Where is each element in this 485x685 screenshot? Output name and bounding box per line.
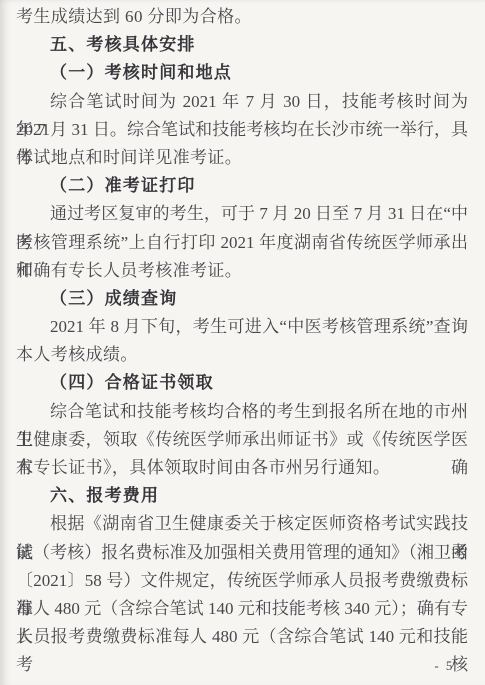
paragraph-first-line: 综合笔试和技能考核均合格的考生到报名所在地的市州卫: [16, 398, 468, 426]
section-heading: 六、报考费用: [16, 482, 468, 510]
paragraph-line: 考核管理系统”上自行打印 2021 年度湖南省传统医学师承出师: [16, 229, 468, 257]
subsection-heading: （四）合格证书领取: [16, 369, 468, 397]
subsection-heading: （二）准考证打印: [16, 172, 468, 200]
scanned-document-page: 考生成绩达到 60 分即为合格。五、考核具体安排（一）考核时间和地点综合笔试时间…: [0, 0, 485, 685]
paragraph-first-line: 通过考区复审的考生，可于 7 月 20 日至 7 月 31 日在“中医: [16, 200, 468, 228]
section-heading: 五、考核具体安排: [16, 31, 468, 59]
paragraph-line: 生健康委，领取《传统医学师承出师证书》或《传统医学医术确: [16, 426, 468, 454]
paragraph-line: 试（考核）报名费标准及加强相关费用管理的通知》（湘卫函: [16, 539, 468, 567]
paragraph-line: 〔2021〕58 号）文件规定，传统医学师承人员报考费缴费标准: [16, 567, 468, 595]
paragraph-line: 每人 480 元（含综合笔试 140 元和技能考核 340 元）；确有专长: [16, 595, 468, 623]
subsection-heading: （一）考核时间和地点: [16, 59, 468, 87]
paragraph-first-line: 根据《湖南省卫生健康委关于核定医师资格考试实践技能考: [16, 510, 468, 538]
paragraph-line: 考生成绩达到 60 分即为合格。: [16, 3, 468, 31]
page-number: - 5 -: [434, 658, 466, 674]
paragraph-line: 和确有专长人员考核准考证。: [16, 257, 468, 285]
paragraph-first-line: 综合笔试时间为 2021 年 7 月 30 日，技能考核时间为 2021: [16, 88, 468, 116]
paragraph-line: 本人考核成绩。: [16, 341, 468, 369]
paragraph-line: 年 7 月 31 日。综合笔试和技能考核均在长沙市统一举行，具体: [16, 116, 468, 144]
paragraph-first-line: 2021 年 8 月下旬，考生可进入“中医考核管理系统”查询: [16, 313, 468, 341]
document-body: 考生成绩达到 60 分即为合格。五、考核具体安排（一）考核时间和地点综合笔试时间…: [16, 3, 468, 651]
subsection-heading: （三）成绩查询: [16, 285, 468, 313]
paragraph-line: 考试地点和时间详见准考证。: [16, 144, 468, 172]
paragraph-line: 人员报考费缴费标准每人 480 元（含综合笔试 140 元和技能考核: [16, 623, 468, 651]
